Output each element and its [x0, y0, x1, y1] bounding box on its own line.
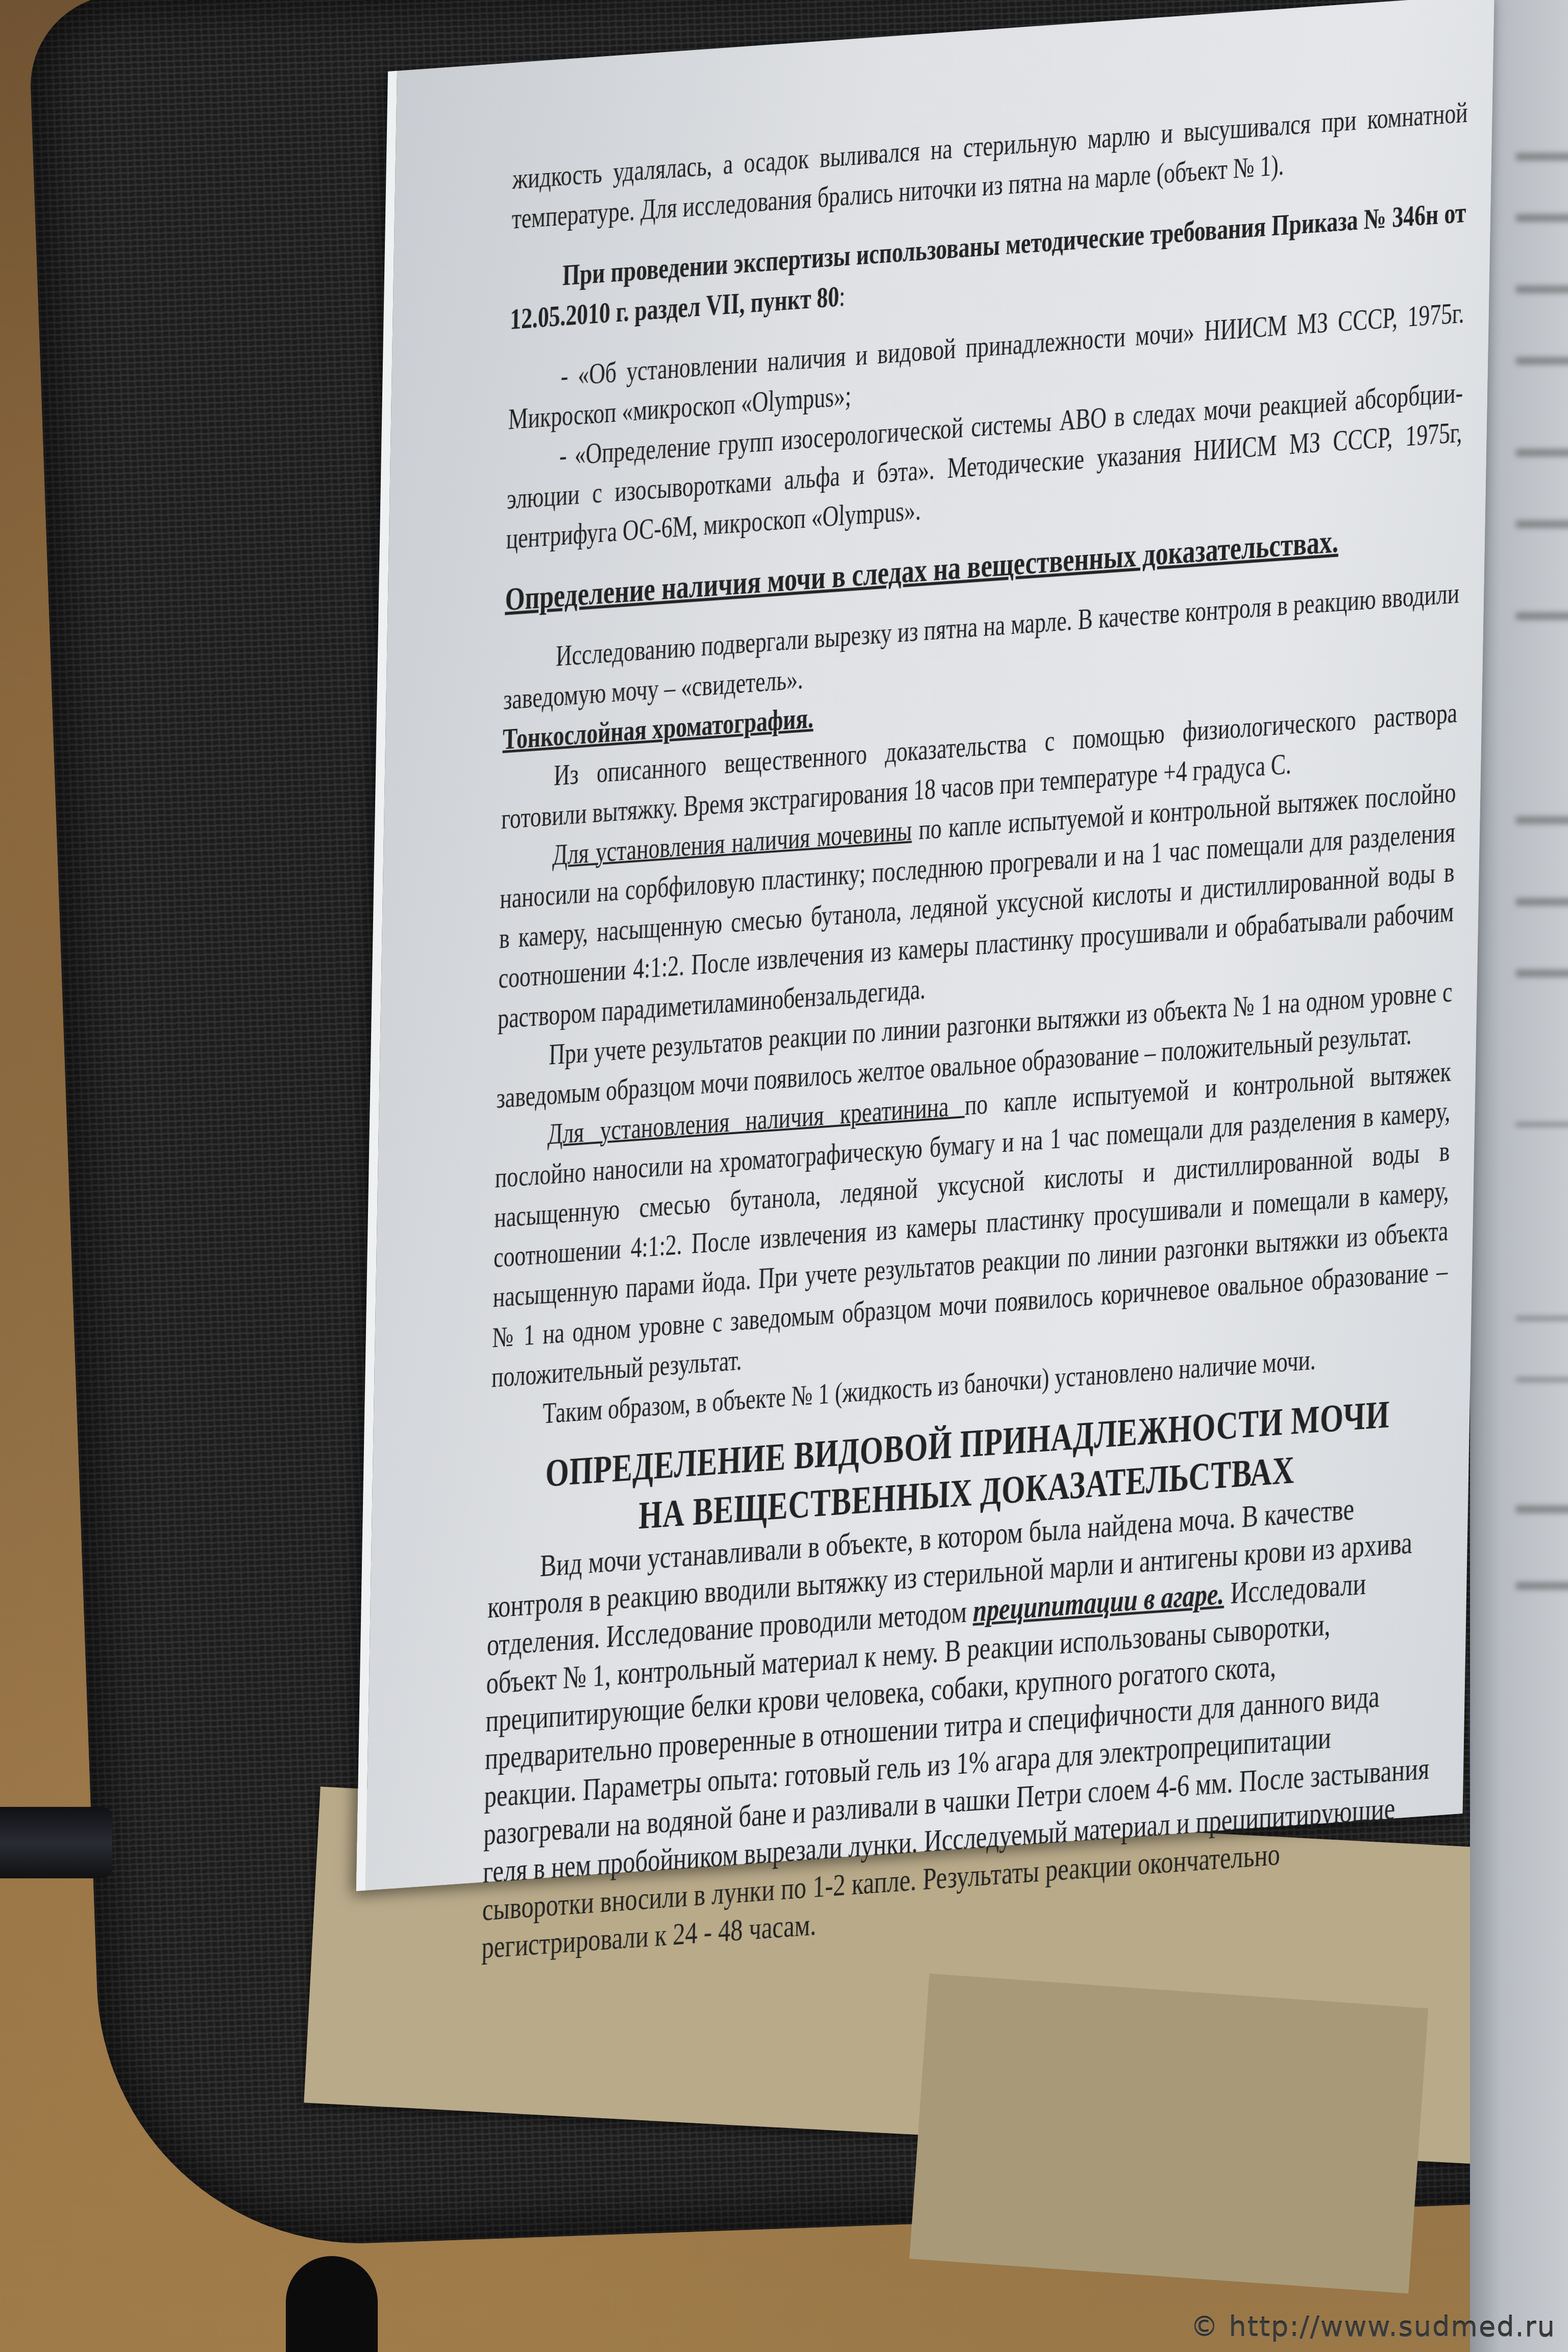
chair-post: [286, 2256, 378, 2352]
document-page: жидкость удалялась, а осадок выливался н…: [356, 0, 1494, 1891]
chair-armrest: [0, 1807, 112, 1878]
paragraph-species-method: Вид мочи устанавливали в объекте, в кото…: [481, 1484, 1444, 1967]
watermark: © http://www.sudmed.ru: [1190, 2311, 1556, 2343]
cardboard-folder-flap: [910, 1974, 1429, 2294]
page-content: жидкость удалялась, а осадок выливался н…: [481, 93, 1468, 1967]
